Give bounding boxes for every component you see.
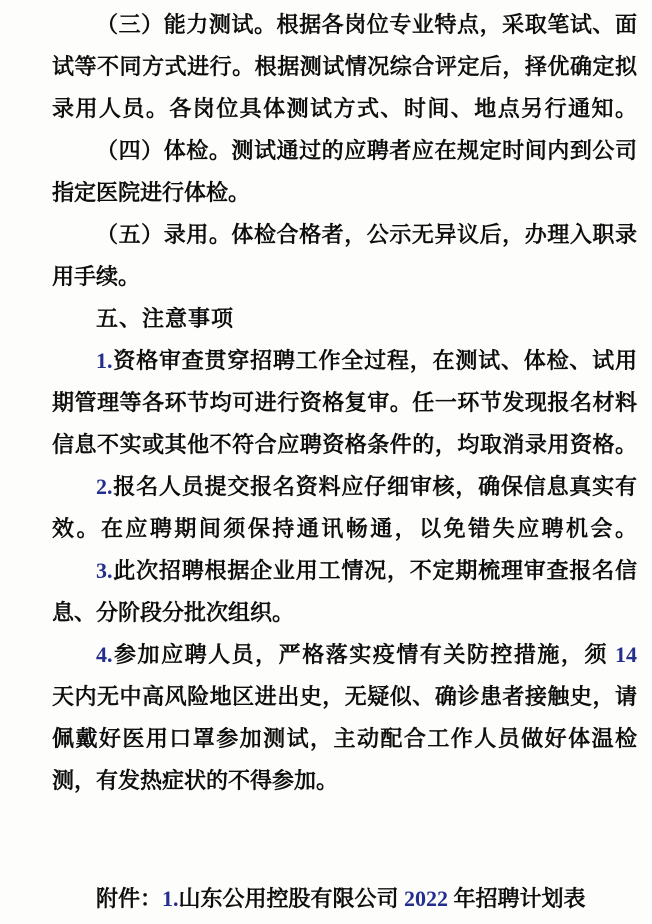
- paragraph-note-3: 3.此次招聘根据企业用工情况，不定期梳理审查报名信息、分阶段分批次组织。: [52, 550, 637, 634]
- numeral: 14: [615, 642, 637, 667]
- text-line: 五、注意事项: [52, 298, 637, 340]
- text-line: 效。在应聘期间须保持通讯畅通，以免错失应聘机会。: [52, 508, 637, 550]
- text-line: 附件：1.山东公用控股有限公司 2022 年招聘计划表: [52, 878, 637, 920]
- text-line: 天内无中高风险地区进出史，无疑似、确诊患者接触史，请: [52, 676, 637, 718]
- paragraph-ability-test: （三）能力测试。根据各岗位专业特点，采取笔试、面试等不同方式进行。根据测试情况综…: [52, 4, 637, 130]
- numeral: 1.: [162, 886, 179, 911]
- text-line: （四）体检。测试通过的应聘者应在规定时间内到公司: [52, 130, 637, 172]
- numeral: 2022: [404, 886, 448, 911]
- text-line: 试等不同方式进行。根据测试情况综合评定后，择优确定拟: [52, 46, 637, 88]
- text-line: 期管理等各环节均可进行资格复审。任一环节发现报名材料: [52, 382, 637, 424]
- text-line: 信息不实或其他不符合应聘资格条件的，均取消录用资格。: [52, 424, 637, 466]
- paragraph-note-4: 4.参加应聘人员，严格落实疫情有关防控措施，须 14天内无中高风险地区进出史，无…: [52, 634, 637, 802]
- numeral: 3.: [96, 558, 113, 583]
- text-line: 用手续。: [52, 256, 637, 298]
- numeral: 4.: [96, 642, 113, 667]
- text-line: 息、分阶段分批次组织。: [52, 592, 637, 634]
- paragraph-note-2: 2.报名人员提交报名资料应仔细审核，确保信息真实有效。在应聘期间须保持通讯畅通，…: [52, 466, 637, 550]
- text-line: 指定医院进行体检。: [52, 172, 637, 214]
- paragraph-employment: （五）录用。体检合格者，公示无异议后，办理入职录用手续。: [52, 214, 637, 298]
- attachment-line: 附件：1.山东公用控股有限公司 2022 年招聘计划表: [52, 878, 637, 920]
- text-line: 佩戴好医用口罩参加测试，主动配合工作人员做好体温检: [52, 718, 637, 760]
- paragraph-note-1: 1.资格审查贯穿招聘工作全过程，在测试、体检、试用期管理等各环节均可进行资格复审…: [52, 340, 637, 466]
- text-line: 1.资格审查贯穿招聘工作全过程，在测试、体检、试用: [52, 340, 637, 382]
- document-body: （三）能力测试。根据各岗位专业特点，采取笔试、面试等不同方式进行。根据测试情况综…: [52, 4, 637, 920]
- text-line: （三）能力测试。根据各岗位专业特点，采取笔试、面: [52, 4, 637, 46]
- paragraph-physical-exam: （四）体检。测试通过的应聘者应在规定时间内到公司指定医院进行体检。: [52, 130, 637, 214]
- text-line: 录用人员。各岗位具体测试方式、时间、地点另行通知。: [52, 88, 637, 130]
- text-line: 2.报名人员提交报名资料应仔细审核，确保信息真实有: [52, 466, 637, 508]
- section-heading-notes: 五、注意事项: [52, 298, 637, 340]
- numeral: 1.: [96, 348, 113, 373]
- text-line: （五）录用。体检合格者，公示无异议后，办理入职录: [52, 214, 637, 256]
- text-line: 3.此次招聘根据企业用工情况，不定期梳理审查报名信: [52, 550, 637, 592]
- numeral: 2.: [96, 474, 113, 499]
- text-line: 测，有发热症状的不得参加。: [52, 760, 637, 802]
- text-line: 4.参加应聘人员，严格落实疫情有关防控措施，须 14: [52, 634, 637, 676]
- document-page: （三）能力测试。根据各岗位专业特点，采取笔试、面试等不同方式进行。根据测试情况综…: [0, 0, 652, 924]
